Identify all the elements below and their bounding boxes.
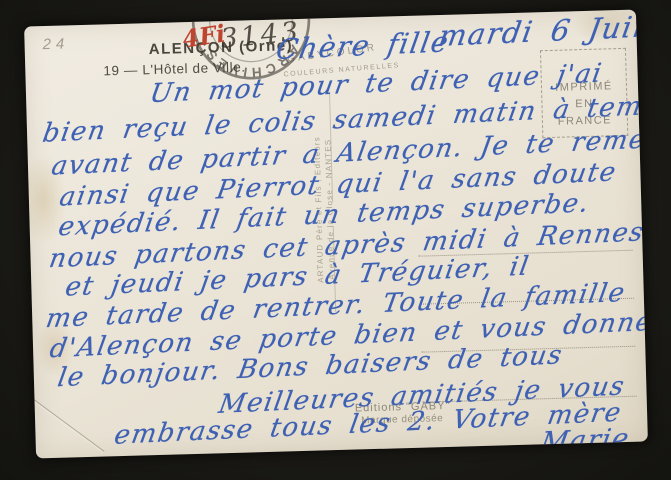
message-salutation: Chère fille xyxy=(274,25,452,66)
message-signature: Marie xyxy=(538,423,632,458)
scan-background: 24 ALENÇON (Orne) 19 — L'Hôtel de Ville.… xyxy=(0,0,671,480)
postcard-back: 24 ALENÇON (Orne) 19 — L'Hôtel de Ville.… xyxy=(24,10,648,459)
corner-crease xyxy=(30,396,105,451)
pencil-annotation: 24 xyxy=(42,35,69,53)
message-date: mardi 6 Juin xyxy=(436,10,648,53)
